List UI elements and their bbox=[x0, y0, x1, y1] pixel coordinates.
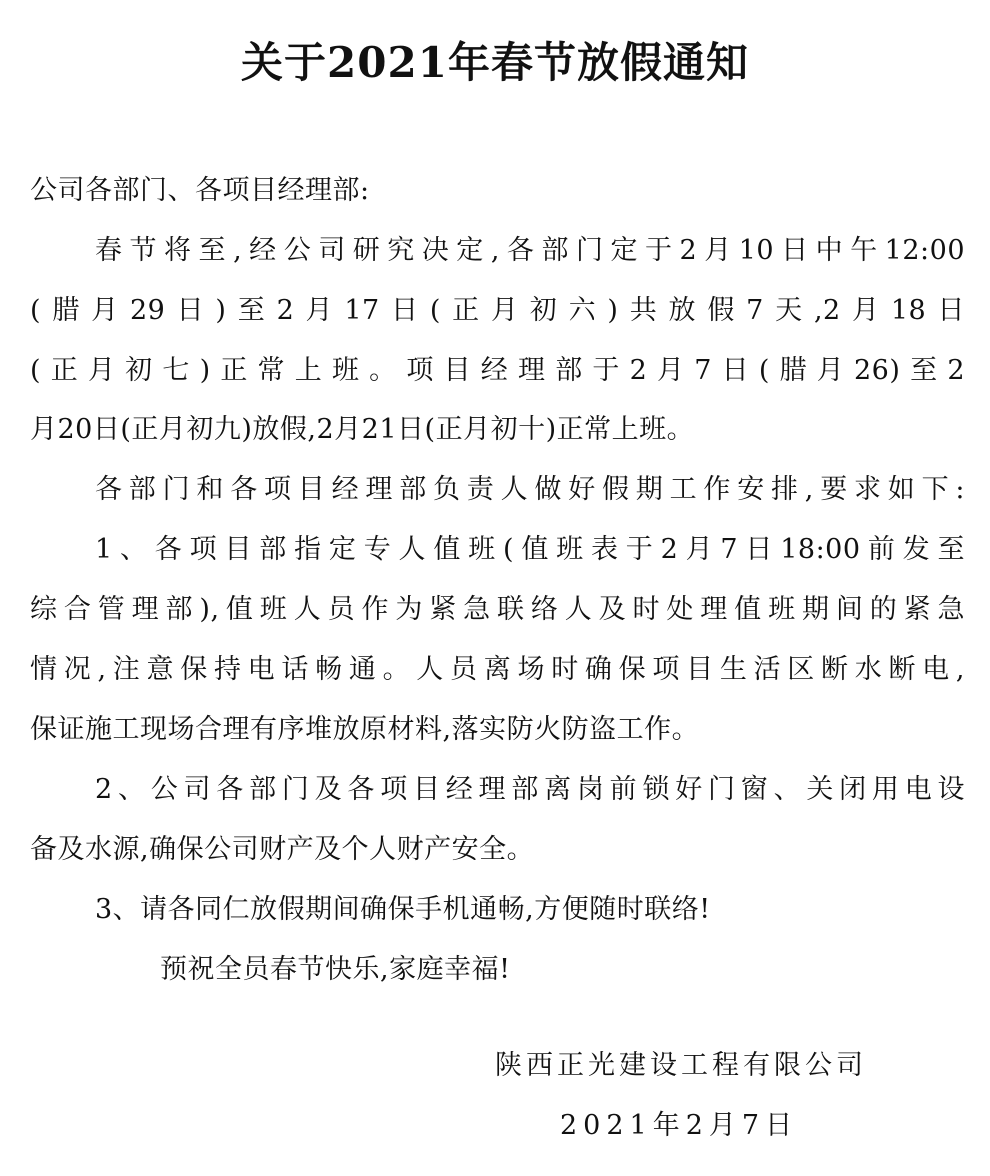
item1-line3: 情况,注意保持电话畅通。人员离场时确保项目生活区断水断电, bbox=[30, 647, 965, 686]
item1-line1: 1、各项目部指定专人值班(值班表于2月7日18:00前发至 bbox=[95, 527, 965, 566]
item1-line2: 综合管理部),值班人员作为紧急联络人及时处理值班期间的紧急 bbox=[30, 587, 965, 626]
wishes: 预祝全员春节快乐,家庭幸福! bbox=[160, 947, 510, 986]
para1-line3: (正月初七)正常上班。项目经理部于2月7日(腊月26)至2 bbox=[30, 348, 965, 387]
document-title: 关于2021年春节放假通知 bbox=[0, 30, 990, 90]
salutation: 公司各部门、各项目经理部: bbox=[30, 168, 370, 207]
item1-line4: 保证施工现场合理有序堆放原材料,落实防火防盗工作。 bbox=[30, 707, 699, 746]
item3: 3、请各同仁放假期间确保手机通畅,方便随时联络! bbox=[95, 887, 711, 926]
item2-line2: 备及水源,确保公司财产及个人财产安全。 bbox=[30, 827, 534, 866]
item2-line1: 2、公司各部门及各项目经理部离岗前锁好门窗、关闭用电设 bbox=[95, 767, 965, 806]
signature-date: 2021年2月7日 bbox=[560, 1103, 798, 1142]
para2: 各部门和各项目经理部负责人做好假期工作安排,要求如下: bbox=[95, 467, 965, 506]
para1-line2: (腊月29日)至2月17日(正月初六)共放假7天,2月18日 bbox=[30, 288, 965, 327]
signature-company: 陕西正光建设工程有限公司 bbox=[495, 1043, 867, 1082]
para1-line4: 月20日(正月初九)放假,2月21日(正月初十)正常上班。 bbox=[30, 407, 694, 446]
para1-line1: 春节将至,经公司研究决定,各部门定于2月10日中午12:00 bbox=[95, 228, 965, 267]
